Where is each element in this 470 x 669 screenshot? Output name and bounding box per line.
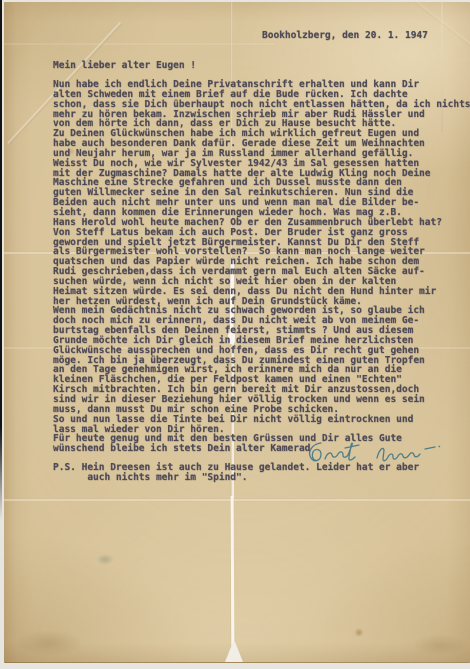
scan-background: Bookholzberg, den 20. 1. 1947 Mein liebe… [0,0,470,669]
signature-handwriting [304,440,456,472]
letter-place-date: Bookholzberg, den 20. 1. 1947 [262,30,428,42]
paper-tear-bottom-notch [225,642,243,662]
signature-second-word-stroke [377,448,420,460]
signature-first-word-stroke [325,443,355,460]
fold-crease-horizontal-top-faint [4,42,274,46]
paper-crack-lower [231,496,234,658]
fold-crease-horizontal-lower [4,498,470,502]
letter-body: Nun habe ich endlich Deine Privatanschri… [53,80,470,454]
letter-salutation: Mein lieber alter Eugen ! [53,60,196,72]
signature-end-flourish [425,446,440,449]
stain-blue-green [96,554,114,565]
stain-brown-small [354,628,364,637]
stain-shadow-bottom-left [14,630,84,656]
signature-initial-stroke [310,443,321,461]
scanner-edge-strip [0,0,2,520]
stain-shadow-bottom-right [412,634,468,656]
letter-paper: Bookholzberg, den 20. 1. 1947 Mein liebe… [4,2,470,663]
